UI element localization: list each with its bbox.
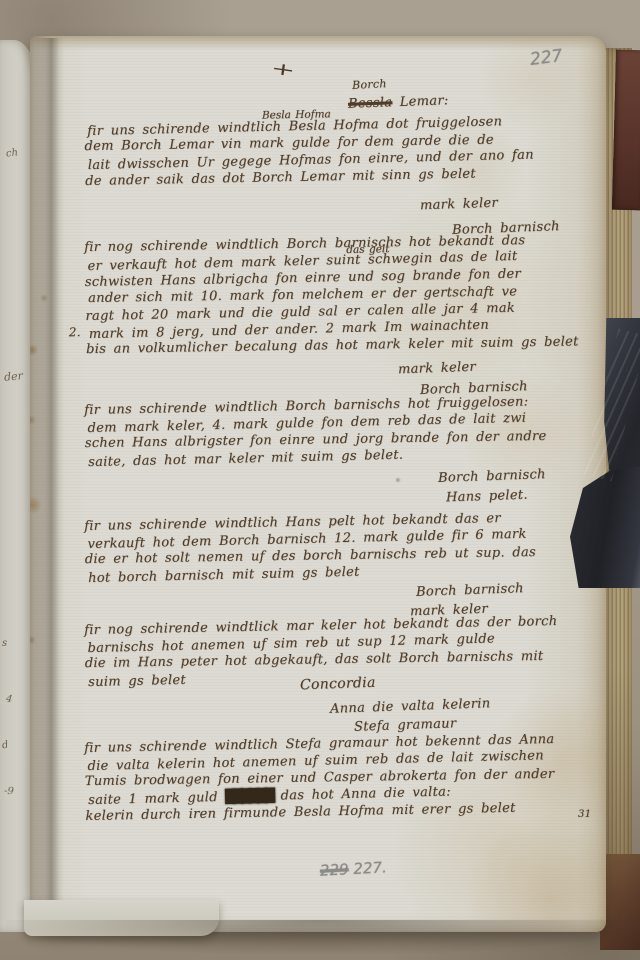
book-cover-edge-top <box>612 50 640 211</box>
signature: mark keler <box>398 359 476 379</box>
marginal-mark: 31 <box>578 806 591 823</box>
paragraph-entry: fir uns schirende windtlich Borch barnis… <box>84 392 601 470</box>
line-text: das hot Anna die valta: <box>273 785 451 804</box>
header-word-above: Borch <box>352 77 387 92</box>
header-word-struck: Bessla <box>348 95 393 112</box>
paragraph-entry: fir uns schirende windtlich Stefa gramau… <box>84 730 602 825</box>
folio-number-pencil: 227 <box>529 46 564 70</box>
manuscript-page: + 227 Borch Bessla Lemar: Besla Hofma fi… <box>30 36 606 932</box>
bleed-text-fragment: s <box>2 638 7 649</box>
concordia-heading: Concordia <box>300 675 376 695</box>
paragraph-entry: fir uns schirende windtlich Hans pelt ho… <box>84 508 601 586</box>
party-name: Anna die valta kelerin <box>330 695 491 718</box>
signature: Borch barnisch <box>438 466 546 487</box>
signature: Borch barnisch <box>416 580 524 601</box>
new-folio-number: 227. <box>353 858 387 878</box>
paragraph-entry: Besla Hofma fir uns schirende windtlich … <box>84 112 601 190</box>
bleed-text-fragment: -9 <box>4 786 14 798</box>
signature: mark keler <box>420 195 498 215</box>
header-correction: Borch <box>352 75 388 94</box>
header-name: Lemar: <box>399 93 448 110</box>
ink-cross-mark: + <box>270 58 297 81</box>
ink-blot-strikeout: ██████ <box>225 789 273 805</box>
margin-note: 2. <box>69 324 81 341</box>
bleed-text-fragment: ch <box>5 147 18 159</box>
bleed-text-fragment: der <box>3 369 23 384</box>
bottom-folio-pencil: 229 227. <box>320 858 388 879</box>
paragraph-entry: das gelt 2. fir nog schirende windtlich … <box>84 230 602 359</box>
old-folio-number: 229 <box>320 860 350 879</box>
manuscript-photo: ch der s 4 d -9 + 227 Borch Bessla Lemar… <box>0 0 640 960</box>
book-cast-shadow <box>6 920 634 954</box>
header-line: Bessla Lemar: <box>348 92 449 112</box>
signature: Hans pelet. <box>446 487 528 507</box>
gutter-shadow <box>34 38 64 932</box>
line-text: saite 1 mark guld <box>88 790 225 808</box>
